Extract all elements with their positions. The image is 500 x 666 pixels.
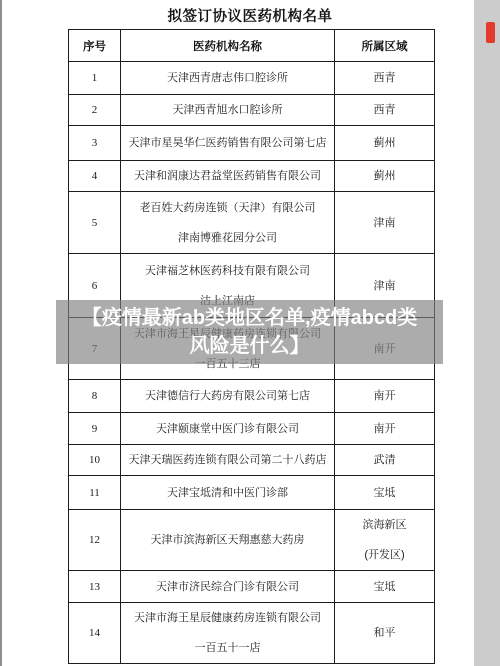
institution-name-cell: 天津德信行大药房有限公司第七店	[121, 380, 335, 413]
watermark-caption-line1: 【疫情最新ab类地区名单,疫情abcd类	[82, 304, 418, 332]
row-number-cell: 9	[69, 413, 121, 445]
institution-name-cell: 天津宝坻清和中医门诊部	[121, 476, 335, 510]
column-header-number: 序号	[69, 30, 121, 62]
row-number-cell-line: 6	[69, 271, 120, 301]
row-number-cell-line: 14	[69, 618, 120, 648]
region-cell-line: 武清	[335, 445, 434, 475]
institution-name-cell-line: 天津福芝林医药科技有限有限公司	[121, 256, 334, 286]
institution-name-cell: 天津西青旭水口腔诊所	[121, 95, 335, 126]
institution-name-cell-line: 天津德信行大药房有限公司第七店	[121, 381, 334, 411]
region-cell-line: 南开	[335, 414, 434, 444]
region-cell: 津南	[335, 192, 435, 254]
institution-name-cell-line: 天津宝坻清和中医门诊部	[121, 478, 334, 508]
scrollbar-track[interactable]	[474, 0, 500, 666]
institution-name-cell-line: 老百姓大药房连锁（天津）有限公司	[121, 193, 334, 223]
institution-name-cell: 天津和润康达君益堂医药销售有限公司	[121, 161, 335, 192]
region-cell: 滨海新区(开发区)	[335, 510, 435, 571]
region-cell-line: 津南	[335, 271, 434, 301]
page-left-edge	[0, 0, 2, 666]
table-header-row: 序号 医药机构名称 所属区域	[69, 30, 435, 62]
region-cell-line: 南开	[335, 381, 434, 411]
row-number-cell: 14	[69, 603, 121, 664]
table-row: 3天津市星昊华仁医药销售有限公司第七店蓟州	[69, 126, 435, 161]
region-cell: 南开	[335, 380, 435, 413]
region-cell-line: 滨海新区	[335, 510, 434, 540]
institution-name-cell-line: 天津西青旭水口腔诊所	[121, 95, 334, 125]
region-cell: 和平	[335, 603, 435, 664]
row-number-cell-line: 10	[69, 445, 120, 475]
row-number-cell-line: 12	[69, 525, 120, 555]
region-cell-line: 西青	[335, 95, 434, 125]
row-number-cell: 11	[69, 476, 121, 510]
region-cell-line: 和平	[335, 618, 434, 648]
table-row: 9天津颐康堂中医门诊有限公司南开	[69, 413, 435, 445]
row-number-cell: 12	[69, 510, 121, 571]
region-cell: 武清	[335, 445, 435, 476]
row-number-cell: 8	[69, 380, 121, 413]
table-row: 13天津市济民综合门诊有限公司宝坻	[69, 571, 435, 603]
institution-name-cell: 老百姓大药房连锁（天津）有限公司津南博雅花园分公司	[121, 192, 335, 254]
row-number-cell: 13	[69, 571, 121, 603]
table-row: 11天津宝坻清和中医门诊部宝坻	[69, 476, 435, 510]
region-cell-line: 宝坻	[335, 478, 434, 508]
row-number-cell-line: 1	[69, 63, 120, 93]
region-cell-line: (开发区)	[335, 540, 434, 570]
institution-name-cell-line: 天津市星昊华仁医药销售有限公司第七店	[121, 128, 334, 158]
institution-name-cell-line: 天津颐康堂中医门诊有限公司	[121, 414, 334, 444]
document-title: 拟签订协议医药机构名单	[0, 5, 500, 26]
region-cell: 宝坻	[335, 476, 435, 510]
institution-name-cell-line: 天津和润康达君益堂医药销售有限公司	[121, 161, 334, 191]
region-cell: 西青	[335, 62, 435, 95]
table-row: 12天津市滨海新区天翔惠慈大药房滨海新区(开发区)	[69, 510, 435, 571]
row-number-cell-line: 3	[69, 128, 120, 158]
region-cell: 蓟州	[335, 161, 435, 192]
region-cell-line: 宝坻	[335, 572, 434, 602]
institution-name-cell: 天津市济民综合门诊有限公司	[121, 571, 335, 603]
table-row: 5老百姓大药房连锁（天津）有限公司津南博雅花园分公司津南	[69, 192, 435, 254]
row-number-cell-line: 2	[69, 95, 120, 125]
region-cell-line: 西青	[335, 63, 434, 93]
table-row: 1天津西青唐志伟口腔诊所西青	[69, 62, 435, 95]
row-number-cell-line: 9	[69, 414, 120, 444]
institution-name-cell-line: 天津西青唐志伟口腔诊所	[121, 63, 334, 93]
column-header-institution-name: 医药机构名称	[121, 30, 335, 62]
institution-name-cell: 天津西青唐志伟口腔诊所	[121, 62, 335, 95]
row-number-cell-line: 4	[69, 161, 120, 191]
table-row: 8天津德信行大药房有限公司第七店南开	[69, 380, 435, 413]
institution-name-cell-line: 天津市滨海新区天翔惠慈大药房	[121, 525, 334, 555]
region-cell-line: 蓟州	[335, 161, 434, 191]
row-number-cell-line: 11	[69, 478, 120, 508]
region-cell: 南开	[335, 413, 435, 445]
region-cell: 西青	[335, 95, 435, 126]
institution-name-cell-line: 天津市济民综合门诊有限公司	[121, 572, 334, 602]
watermark-overlay-band: 【疫情最新ab类地区名单,疫情abcd类 风险是什么】	[56, 300, 443, 364]
institution-name-cell-line: 天津市海王星辰健康药房连锁有限公司	[121, 603, 334, 633]
row-number-cell: 3	[69, 126, 121, 161]
table-row: 4天津和润康达君益堂医药销售有限公司蓟州	[69, 161, 435, 192]
institution-name-cell-line: 津南博雅花园分公司	[121, 223, 334, 253]
institution-name-cell: 天津颐康堂中医门诊有限公司	[121, 413, 335, 445]
region-cell-line: 蓟州	[335, 128, 434, 158]
column-header-region: 所属区域	[335, 30, 435, 62]
row-number-cell: 5	[69, 192, 121, 254]
table-row: 2天津西青旭水口腔诊所西青	[69, 95, 435, 126]
institution-name-cell: 天津市海王星辰健康药房连锁有限公司一百五十一店	[121, 603, 335, 664]
table-row: 14天津市海王星辰健康药房连锁有限公司一百五十一店和平	[69, 603, 435, 664]
row-number-cell: 2	[69, 95, 121, 126]
row-number-cell: 1	[69, 62, 121, 95]
row-number-cell-line: 8	[69, 381, 120, 411]
region-cell: 宝坻	[335, 571, 435, 603]
table-row: 10天津天瑞医药连锁有限公司第二十八药店武清	[69, 445, 435, 476]
institution-name-cell: 天津天瑞医药连锁有限公司第二十八药店	[121, 445, 335, 476]
row-number-cell-line: 5	[69, 208, 120, 238]
region-cell: 蓟州	[335, 126, 435, 161]
institution-name-cell: 天津市星昊华仁医药销售有限公司第七店	[121, 126, 335, 161]
institution-name-cell: 天津市滨海新区天翔惠慈大药房	[121, 510, 335, 571]
institution-name-cell-line: 一百五十一店	[121, 633, 334, 663]
scroll-position-badge	[486, 22, 495, 43]
row-number-cell: 10	[69, 445, 121, 476]
institution-name-cell-line: 天津天瑞医药连锁有限公司第二十八药店	[121, 445, 334, 475]
region-cell-line: 津南	[335, 208, 434, 238]
watermark-caption-line2: 风险是什么】	[190, 332, 310, 360]
row-number-cell: 4	[69, 161, 121, 192]
row-number-cell-line: 13	[69, 572, 120, 602]
